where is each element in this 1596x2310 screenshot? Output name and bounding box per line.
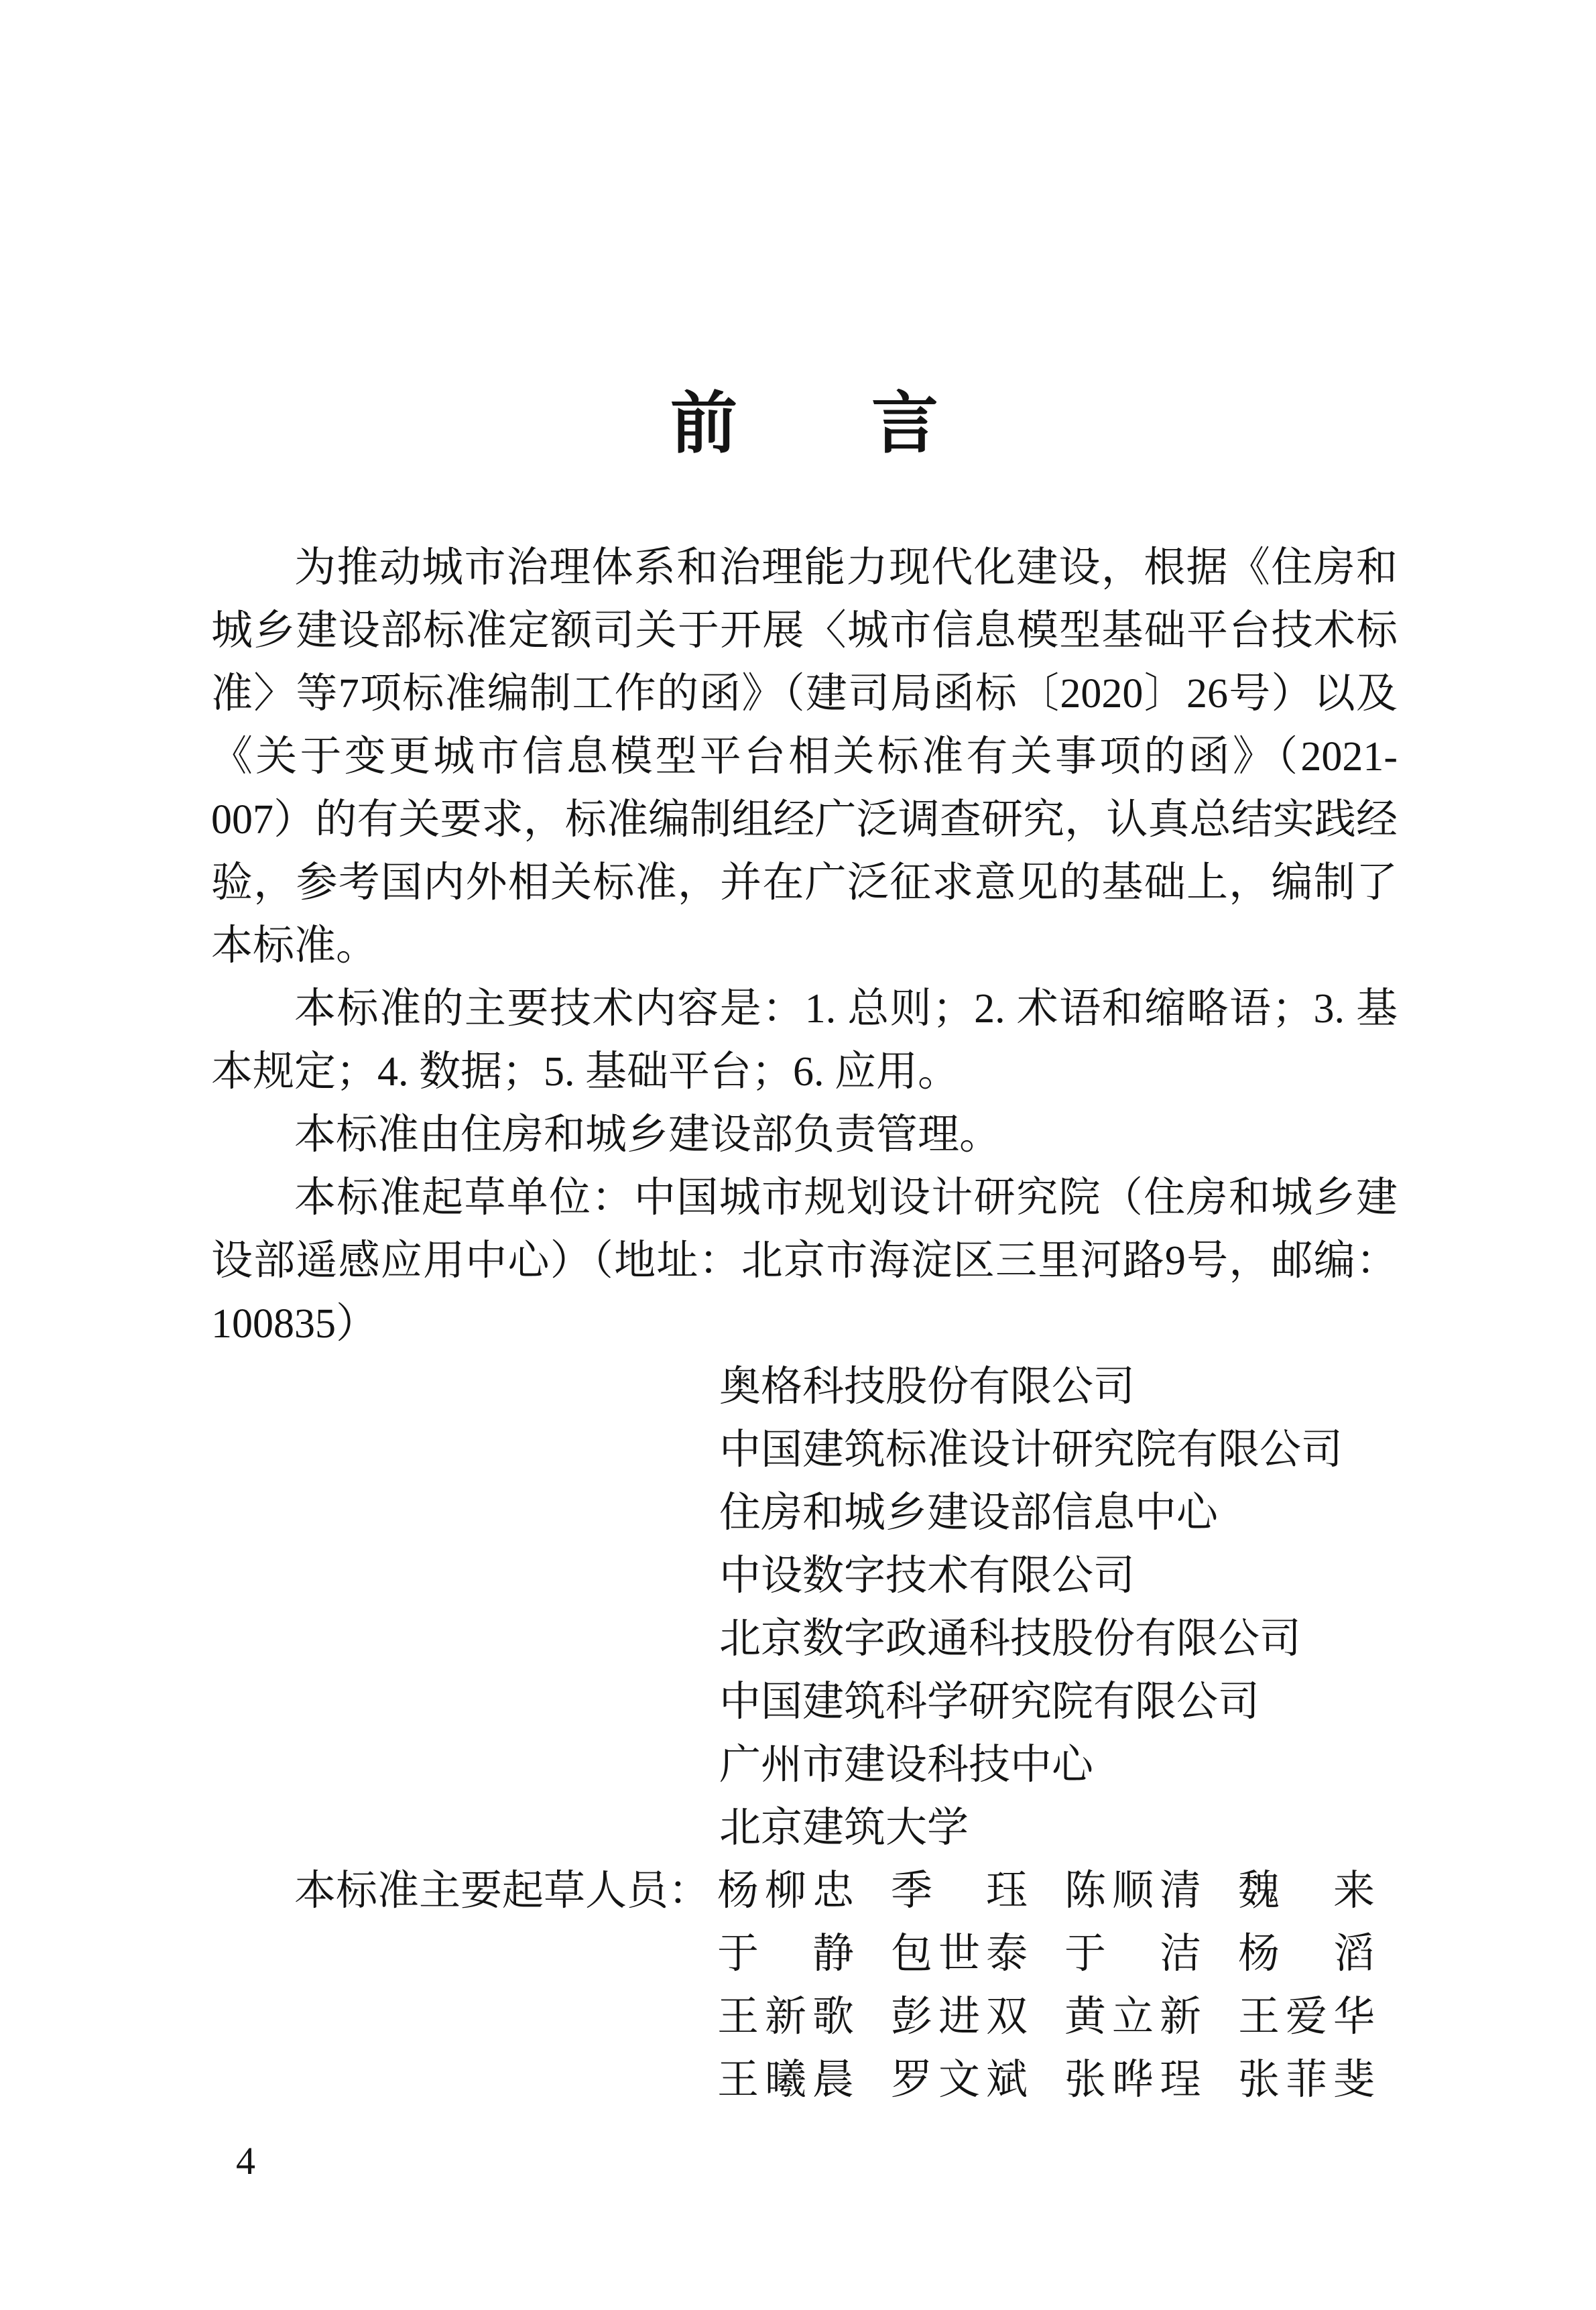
drafter-name: 杨滔: [1238, 1923, 1375, 1986]
drafter-name: 魏来: [1238, 1860, 1375, 1923]
drafter-name: 杨柳忠: [717, 1860, 854, 1923]
page-number: 4: [236, 2140, 255, 2183]
drafter-name: 王爱华: [1238, 1986, 1375, 2049]
drafter-name: 张菲斐: [1238, 2049, 1375, 2112]
drafter-name: 季珏: [891, 1860, 1028, 1923]
org-item: 北京数字政通科技股份有限公司: [719, 1607, 1398, 1670]
preface-paragraph-basis: 为推动城市治理体系和治理能力现代化建设，根据《住房和城乡建设部标准定额司关于开展…: [211, 536, 1398, 977]
drafter-name: 罗文斌: [891, 2049, 1028, 2112]
org-item: 住房和城乡建设部信息中心: [719, 1481, 1398, 1544]
page-content: 前 言 为推动城市治理体系和治理能力现代化建设，根据《住房和城乡建设部标准定额司…: [211, 0, 1398, 2112]
drafter-name: 包世泰: [891, 1923, 1028, 1986]
drafters-row: 王新歌 彭进双 黄立新 王爱华: [211, 1986, 1398, 2049]
org-item: 奥格科技股份有限公司: [719, 1355, 1398, 1418]
page-title: 前 言: [211, 383, 1398, 465]
org-item: 中国建筑标准设计研究院有限公司: [719, 1418, 1398, 1481]
drafters-section: 本标准主要起草人员： 杨柳忠 季珏 陈顺清 魏来 于静 包世泰 于洁 杨滔 王新…: [211, 1860, 1398, 2112]
drafter-name: 陈顺清: [1064, 1860, 1201, 1923]
drafter-name: 张晔珵: [1064, 2049, 1201, 2112]
org-item: 中国建筑科学研究院有限公司: [719, 1670, 1398, 1734]
drafter-name: 于洁: [1064, 1923, 1201, 1986]
document-page: 前 言 为推动城市治理体系和治理能力现代化建设，根据《住房和城乡建设部标准定额司…: [0, 0, 1596, 2310]
drafter-name: 王曦晨: [717, 2049, 854, 2112]
drafter-name: 王新歌: [717, 1986, 854, 2049]
drafters-label: 本标准主要起草人员：: [294, 1860, 710, 1923]
org-item: 广州市建设科技中心: [719, 1734, 1398, 1797]
preface-paragraph-drafting-unit: 本标准起草单位：中国城市规划设计研究院（住房和城乡建设部遥感应用中心）（地址：北…: [211, 1166, 1398, 1355]
drafters-row: 王曦晨 罗文斌 张晔珵 张菲斐: [211, 2049, 1398, 2112]
drafter-name: 黄立新: [1064, 1986, 1201, 2049]
preface-paragraph-contents: 本标准的主要技术内容是：1. 总则；2. 术语和缩略语；3. 基本规定；4. 数…: [211, 977, 1398, 1103]
drafting-organizations-list: 奥格科技股份有限公司 中国建筑标准设计研究院有限公司 住房和城乡建设部信息中心 …: [211, 1355, 1398, 1860]
drafters-row: 于静 包世泰 于洁 杨滔: [211, 1923, 1398, 1986]
drafter-name: 彭进双: [891, 1986, 1028, 2049]
org-item: 中设数字技术有限公司: [719, 1544, 1398, 1607]
preface-paragraph-management: 本标准由住房和城乡建设部负责管理。: [211, 1103, 1398, 1166]
org-item: 北京建筑大学: [719, 1797, 1398, 1860]
drafter-name: 于静: [717, 1923, 854, 1986]
preface-body: 为推动城市治理体系和治理能力现代化建设，根据《住房和城乡建设部标准定额司关于开展…: [211, 536, 1398, 2112]
